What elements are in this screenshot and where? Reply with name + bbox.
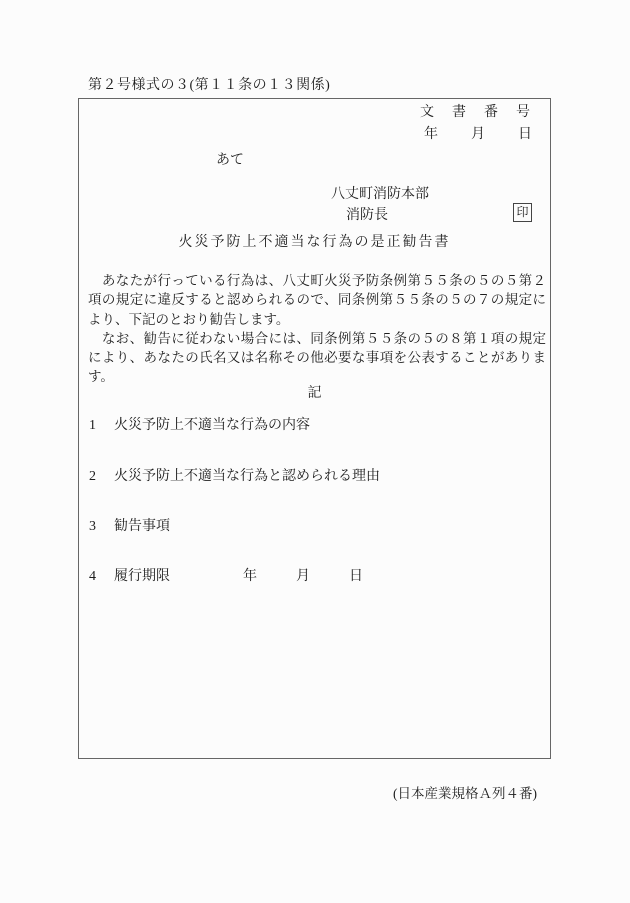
item-3-number: 3 <box>89 517 114 537</box>
body-paragraph-1: あなたが行っている行為は、八丈町火災予防条例第５５条の５の５第２項の規定に違反す… <box>88 271 546 329</box>
item-4-number: 4 <box>89 567 114 587</box>
form-number-label: 第２号様式の３(第１１条の１３関係) <box>88 74 330 94</box>
issuer-title: 消防長 <box>346 206 388 226</box>
item-1-number: 1 <box>89 416 114 436</box>
month-label: 月 <box>471 127 485 142</box>
seal-mark: 印 <box>513 203 532 222</box>
list-item-4: 4履行期限年月日 <box>89 567 363 587</box>
deadline-day-label: 日 <box>349 569 363 584</box>
list-item-3: 3勧告事項 <box>89 517 170 537</box>
item-2-number: 2 <box>89 467 114 487</box>
deadline-month-label: 月 <box>296 569 310 584</box>
paper-size-note: (日本産業規格Ａ列４番) <box>78 782 552 802</box>
document-title: 火災予防上不適当な行為の是正勧告書 <box>79 233 550 253</box>
list-item-1: 1火災予防上不適当な行為の内容 <box>89 416 310 436</box>
document-number-label: 文 書 番 号 <box>420 102 532 124</box>
day-label: 日 <box>518 127 532 142</box>
item-2-label: 火災予防上不適当な行為と認められる理由 <box>114 469 380 484</box>
recipient-suffix-label: あて <box>216 151 244 171</box>
item-1-label: 火災予防上不適当な行為の内容 <box>114 418 310 433</box>
item-4-label: 履行期限 <box>114 569 170 584</box>
issuer-organization: 八丈町消防本部 <box>331 185 429 205</box>
header-date-line: 年月日 <box>424 124 532 146</box>
item-3-label: 勧告事項 <box>114 519 170 534</box>
year-label: 年 <box>424 127 438 142</box>
document-page: 第２号様式の３(第１１条の１３関係) 文 書 番 号 年月日 あて 八丈町消防本… <box>0 0 630 903</box>
deadline-year-label: 年 <box>243 569 257 584</box>
body-text-block: あなたが行っている行為は、八丈町火災予防条例第５５条の５の５第２項の規定に違反す… <box>88 271 546 387</box>
note-heading: 記 <box>79 384 550 404</box>
body-paragraph-2: なお、勧告に従わない場合には、同条例第５５条の５の８第１項の規定により、あなたの… <box>88 329 546 387</box>
list-item-2: 2火災予防上不適当な行為と認められる理由 <box>89 467 380 487</box>
form-border-box: 文 書 番 号 年月日 あて 八丈町消防本部 消防長 印 火災予防上不適当な行為… <box>78 98 551 759</box>
